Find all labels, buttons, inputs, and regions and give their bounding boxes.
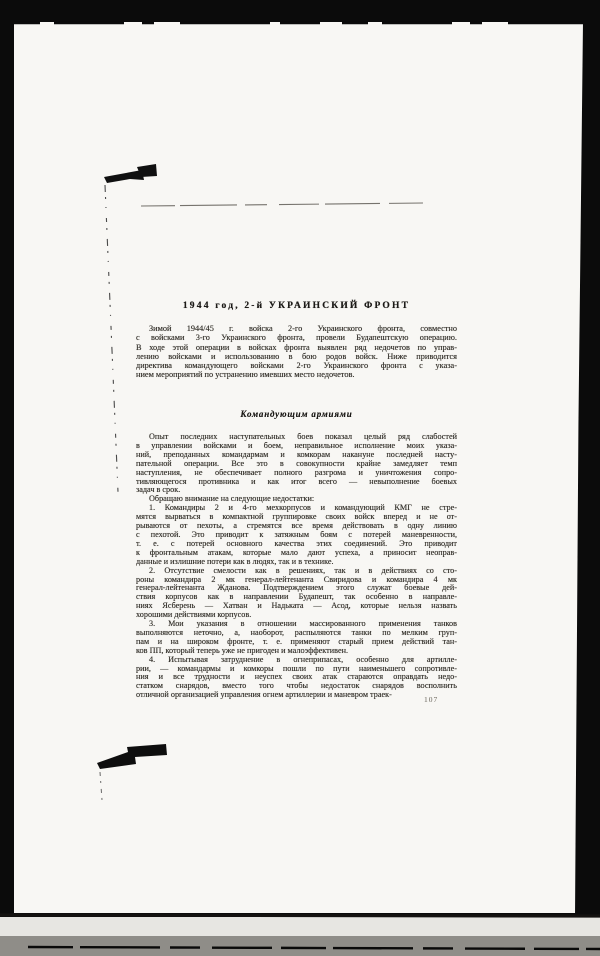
text-line: рии, — командармы и комкоры пошли по пут… [136,665,457,674]
text-line: генерал-лейтенанта Жданова. Подтверждени… [136,584,457,593]
text-line: данные и излишние потери как в людях, та… [136,558,457,567]
text-line: ниях Ясберень — Хатван и Надьката — Асод… [136,602,457,611]
directive-text: Опыт последних наступательных боев показ… [136,433,457,700]
scanned-book-page: 1944 год, 2-й УКРАИНСКИЙ ФРОНТ Зимой 194… [0,0,600,956]
page-number: 107 [424,695,438,704]
text-line: хорошими действиями корпусов. [136,611,457,620]
text-line: 2. Отсутствие смелости как в решениях, т… [136,567,457,576]
text-line: ствия корпусов как в направлении Будапеш… [136,593,457,602]
text-line: 1. Командиры 2 и 4-го мехкорпусов и кома… [136,504,457,513]
text-line: Зимой 1944/45 г. войска 2-го Украинского… [136,324,457,333]
text-line: с войсками 3-го Украинского фронта, пров… [136,333,457,342]
text-line: мятся вырваться в компактной группировке… [136,513,457,522]
text-line: директива командующего войсками 2-го Укр… [136,361,457,370]
text-line: Обращаю внимание на следующие недостатки… [136,495,457,504]
text-line: рываются от пехоты, а стремятся все врем… [136,522,457,531]
text-line: 4. Испытывая затруднение в огнеприпасах,… [136,656,457,665]
text-line: задач в срок. [136,486,457,495]
text-line: ния и все трудности и неуспех своих атак… [136,673,457,682]
text-line: В ходе этой операции в войсках фронта вы… [136,343,457,352]
text-line: лению войсками и использованию в бою род… [136,352,457,361]
text-column: 1944 год, 2-й УКРАИНСКИЙ ФРОНТ Зимой 194… [136,0,457,956]
text-line: наступления, не обеспечивает полного раз… [136,469,457,478]
text-line: ков ПП, который теперь уже не пригоден и… [136,647,457,656]
text-line: пательной операции. Все это в совокупнос… [136,460,457,469]
text-line: роны командира 2 мк генерал-лейтенанта С… [136,576,457,585]
text-line: с пехотой. Это приводит к затяжным боям … [136,531,457,540]
section-heading: Командующим армиями [136,409,457,419]
text-line: пам и на широком фронте, т. е. применяют… [136,638,457,647]
text-line: в управлении войсками и боем, неправильн… [136,442,457,451]
text-line: выполняются неточно, а, наоборот, распыл… [136,629,457,638]
intro-paragraph: Зимой 1944/45 г. войска 2-го Украинского… [136,324,457,380]
text-line: статком снарядов, вместо того чтобы недо… [136,682,457,691]
text-line: Опыт последних наступательных боев показ… [136,433,457,442]
text-line: тивляющегося противника и как итог всего… [136,478,457,487]
text-line: ний, преподанных командармам и комкорам … [136,451,457,460]
text-line: нием мероприятий по устранению имевших м… [136,370,457,379]
chapter-heading: 1944 год, 2-й УКРАИНСКИЙ ФРОНТ [136,301,457,311]
text-line: 3. Мои указания в отношении массированно… [136,620,457,629]
text-line: отличной организацией управления огнем а… [136,691,457,700]
text-line: т. е. с потерей основного качества этих … [136,540,457,549]
text-line: к фронтальным атакам, которые мало дают … [136,549,457,558]
